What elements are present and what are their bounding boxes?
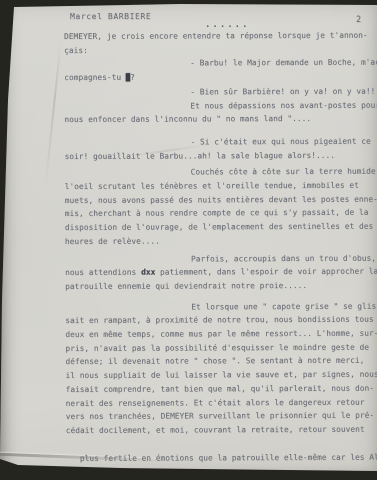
text-line: vers nos tranchées, DEMEYER surveillant … [66, 409, 377, 424]
text-line: deux en même temps, comme mus par le mêm… [65, 327, 377, 342]
text-line: cédait docilement, et moi, couvrant la r… [66, 423, 377, 438]
text-line: défense; il devenait notre " chose ". Se… [65, 354, 377, 369]
text-line: Couchés côte à côte sur la terre humide, [65, 165, 377, 180]
text-segment: patiemment, dans l'espoir de voir approc… [155, 267, 377, 277]
text-line: - Barbu! le Major demande un Boche, m'ac… [64, 56, 377, 71]
text-line: nerait des renseignements. Et c'était al… [66, 395, 377, 410]
text-line: faisait comprendre, tant bien que mal, q… [66, 381, 377, 396]
text-line: pris, n'avait pas la possibilité d'esqui… [65, 340, 377, 355]
author-name: Marcel BARBIERE [70, 12, 151, 21]
text-line: Et nous dépassions nos avant-postes pour [64, 98, 377, 113]
text-line: mis, cherchant à nous rendre compte de c… [65, 206, 377, 221]
text-line: l'oeil scrutant les ténèbres et l'oreill… [65, 179, 377, 194]
text-line: sait en rampant, à proximité de notre tr… [65, 313, 377, 328]
text-segment: nous attendions [65, 268, 141, 277]
text-line: muets, nous avons passé des nuits entièr… [65, 192, 377, 207]
text-line: Et lorsque une " capote grise " se glis- [65, 299, 377, 314]
text-line: DEMEYER, je crois encore entendre ta rép… [64, 29, 377, 44]
text-line: disposition de l'ouvrage, de l'emplaceme… [65, 220, 377, 235]
paper-crease-top [44, 40, 62, 189]
text-line: nous enfoncer dans l'inconnu du " no man… [64, 112, 377, 127]
text-line: heures de relève.... [65, 233, 377, 248]
text-line: - Bien sûr Barbière! on y va! on y va!! [64, 84, 377, 99]
crossed-out-word: dxx [141, 268, 155, 277]
text-segment: compagnes-tu [64, 73, 126, 82]
text-line: soir! gouaillait le Barbu...ah! la sale … [65, 148, 377, 163]
paper: Marcel BARBIERE 2 ...... DEMEYER, je cro… [0, 0, 377, 480]
document-body: DEMEYER, je crois encore entendre ta rép… [64, 29, 377, 466]
text-line: patrouille ennemie qui deviendrait notre… [65, 279, 377, 294]
text-line: Parfois, accroupis dans un trou d'obus, [65, 251, 377, 266]
text-line: plus fertile en émotions que la patrouil… [66, 450, 377, 465]
text-line: il nous suppliait de lui laisser la vie … [65, 368, 377, 383]
photo-background: { "appearance": { "paper_color": "#d5d4c… [0, 0, 377, 480]
text-line: nous attendions dxx patiemment, dans l'e… [65, 265, 377, 280]
text-line: - Si c'était eux qui nous pigeaient ce [64, 135, 377, 150]
text-segment: ? [130, 73, 135, 82]
page-number: 2 [356, 15, 361, 25]
text-line: compagnes-tu █? [64, 70, 377, 86]
text-line: çais: [64, 42, 377, 57]
